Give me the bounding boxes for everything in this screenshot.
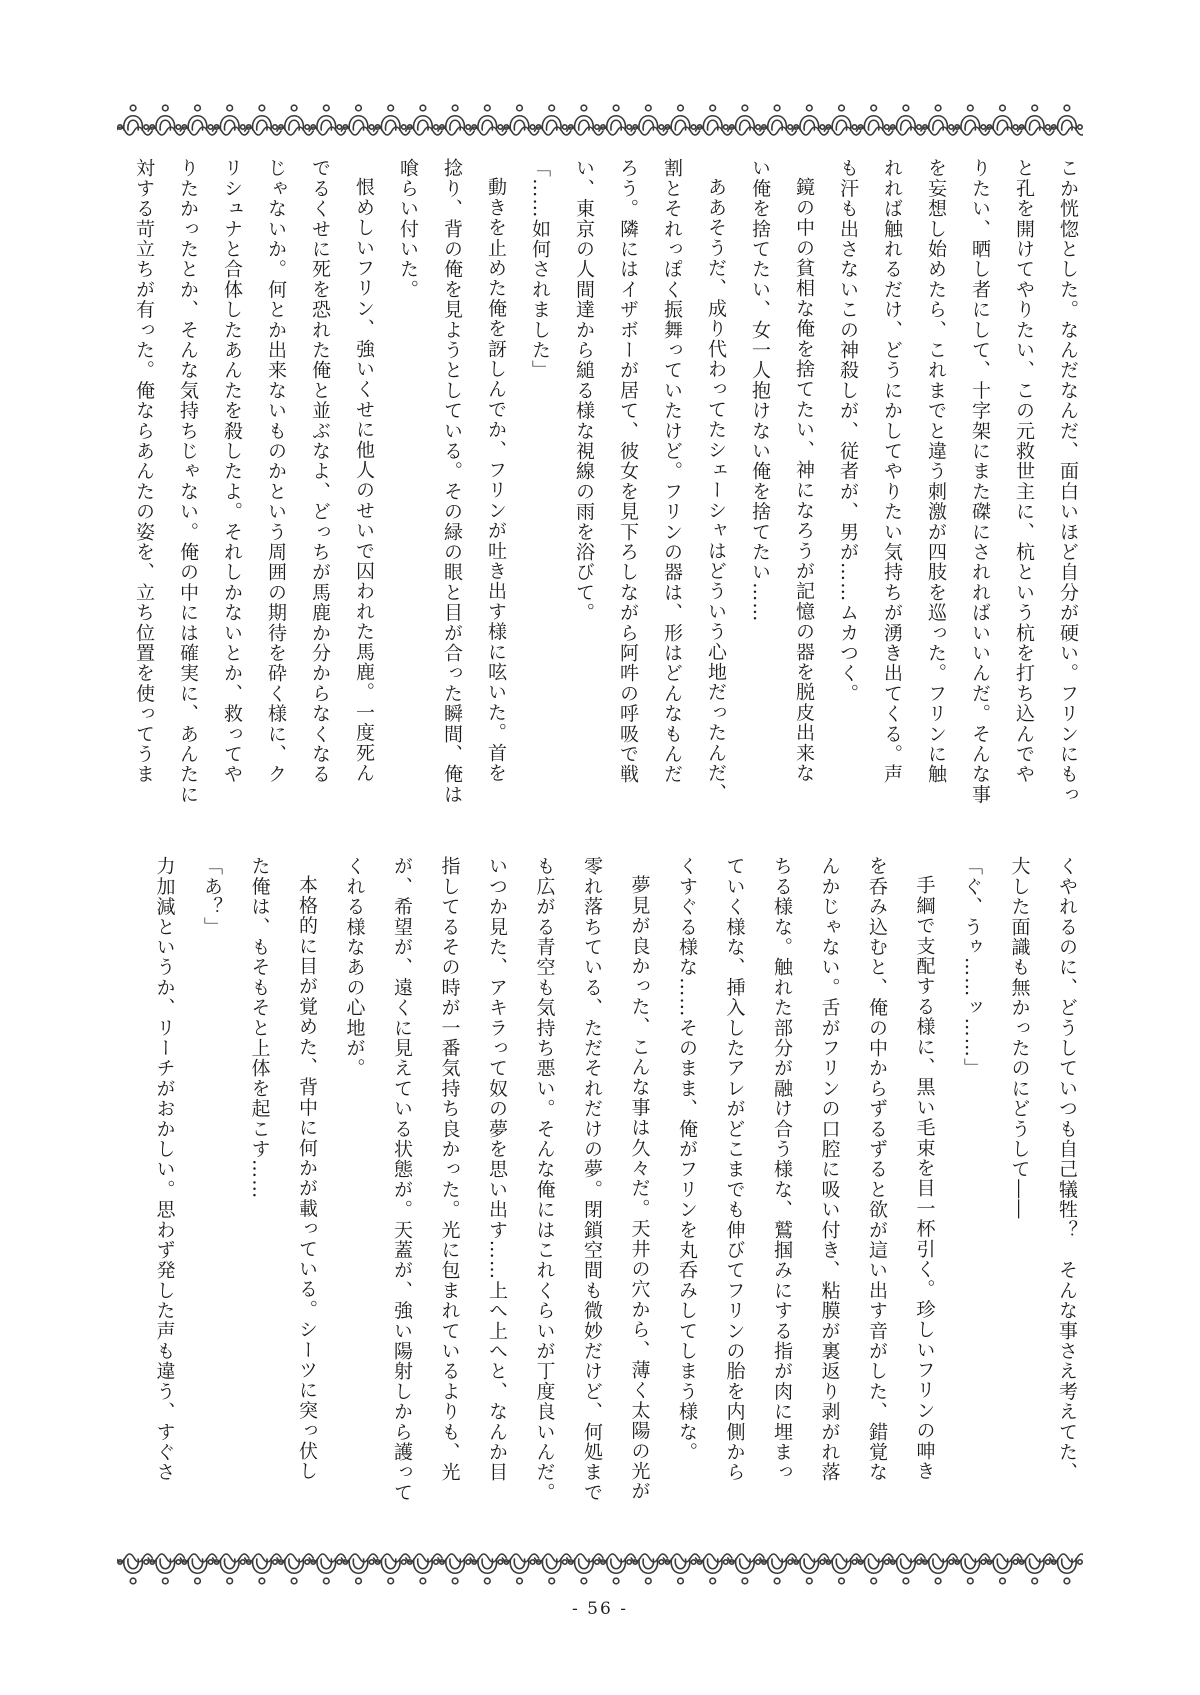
text-column: 大した面識も無かったのにどうして―― (995, 856, 1043, 1534)
text-column: も広がる青空も気持ち悪い。そんな俺にはこれくらいが丁度良いんだ。 (520, 856, 568, 1534)
text-column: ろう。隣にはイザボーが居て、彼女を見下ろしながら阿吽の呼吸で戦 (606, 158, 650, 836)
text-column: た俺は、もそもそと上体を起こす…… (235, 856, 283, 1534)
text-column: 力加減というか、リーチがおかしい。思わず発した声も違う、すぐさ (140, 856, 188, 1534)
lower-text-block: くやれるのに、どうしていつも自己犠牲？ そんな事さえ考えてた、大した面識も無かっ… (90, 856, 1090, 1534)
text-column: 割とそれっぽく振舞っていたけど。フリンの器は、形はどんなもんだ (650, 158, 694, 836)
text-column: こか恍惚とした。なんだなんだ、面白いほど自分が硬い。フリンにもっ (1046, 158, 1090, 836)
top-ornament-border (117, 99, 1083, 139)
text-column: を妄想し始めたら、これまでと違う刺激が四肢を巡った。フリンに触 (914, 158, 958, 836)
text-column: を呑み込むと、俺の中からずるずると欲が這い出す音がした、錯覚な (853, 856, 901, 1534)
text-column: リシュナと合体したあんたを殺したよ。それしかないとか、救ってや (210, 158, 254, 836)
text-column: が、希望が、遠くに見えている状態が。天蓋が、強い陽射しから護って (378, 856, 426, 1534)
text-column: りたかったとか、そんな気持ちじゃない。俺の中には確実に、あんたに (166, 158, 210, 836)
text-column: くやれるのに、どうしていつも自己犠牲？ そんな事さえ考えてた、 (1043, 856, 1091, 1534)
text-column: でるくせに死を恐れた俺と並ぶなよ、どっちが馬鹿か分からなくなる (298, 158, 342, 836)
text-column: 喰らい付いた。 (386, 158, 430, 836)
text-column: くれる様なあの心地が。 (330, 856, 378, 1534)
text-column: 「あ？」 (188, 856, 236, 1534)
text-column: れれば触れるだけ、どうにかしてやりたい気持ちが湧き出てくる。声 (870, 158, 914, 836)
text-column: じゃないか。何とか出来ないものかという周囲の期待を砕く様に、ク (254, 158, 298, 836)
text-column: 鏡の中の貧相な俺を捨てたい、神になろうが記憶の器を脱皮出来な (782, 158, 826, 836)
text-column: ああそうだ、成り代わってたシェーシャはどういう心地だったんだ、 (694, 158, 738, 836)
text-column: 恨めしいフリン、強いくせに他人のせいで囚われた馬鹿。一度死ん (342, 158, 386, 836)
bottom-ornament-border (117, 1550, 1083, 1590)
text-column: 「……如何されました」 (518, 158, 562, 836)
text-column: いつか見た、アキラって奴の夢を思い出す……上へ上へと、なんか目 (473, 856, 521, 1534)
text-column: くすぐる様な……そのまま、俺がフリンを丸呑みしてしまう様な。 (663, 856, 711, 1534)
text-column: い俺を捨てたい、女一人抱けない俺を捨てたい…… (738, 158, 782, 836)
text-column: んかじゃない。舌がフリンの口腔に吸い付き、粘膜が裏返り剥がれ落 (805, 856, 853, 1534)
text-column: 指してるその時が一番気持ち良かった。光に包まれているよりも、光 (425, 856, 473, 1534)
text-column: 零れ落ちている、ただそれだけの夢。閉鎖空間も微妙だけど、何処まで (568, 856, 616, 1534)
text-column: りたい、晒し者にして、十字架にまた磔にされればいいんだ。そんな事 (958, 158, 1002, 836)
text-column: い、東京の人間達から縋る様な視線の雨を浴びて。 (562, 158, 606, 836)
upper-text-block: こか恍惚とした。なんだなんだ、面白いほど自分が硬い。フリンにもっと孔を開けてやり… (90, 158, 1090, 836)
text-column: 本格的に目が覚めた、背中に何かが載っている。シーツに突っ伏し (283, 856, 331, 1534)
text-column: 手綱で支配する様に、黒い毛束を目一杯引く。珍しいフリンの呻き (900, 856, 948, 1534)
text-column: 「ぐ、うゥ……ッ……」 (948, 856, 996, 1534)
text-column: 捻り、背の俺を見ようとしている。その緑の眼と目が合った瞬間、俺は (430, 158, 474, 836)
novel-page: こか恍惚とした。なんだなんだ、面白いほど自分が硬い。フリンにもっと孔を開けてやり… (0, 0, 1200, 1695)
text-column: も汗も出さないこの神殺しが、従者が、男が……ムカつく。 (826, 158, 870, 836)
text-column: 対する苛立ちが有った。俺ならあんたの姿を、立ち位置を使ってうま (122, 158, 166, 836)
text-column: ていく様な、挿入したアレがどこまでも伸びてフリンの胎を内側から (710, 856, 758, 1534)
text-column: と孔を開けてやりたい、この元救世主に、杭という杭を打ち込んでや (1002, 158, 1046, 836)
text-column: ちる様な。触れた部分が融け合う様な、鷲掴みにする指が肉に埋まっ (758, 856, 806, 1534)
text-column: 夢見が良かった、こんな事は久々だ。天井の穴から、薄く太陽の光が (615, 856, 663, 1534)
text-column: 動きを止めた俺を訝しんでか、フリンが吐き出す様に呟いた。首を (474, 158, 518, 836)
page-number: - 56 - (0, 1599, 1200, 1619)
